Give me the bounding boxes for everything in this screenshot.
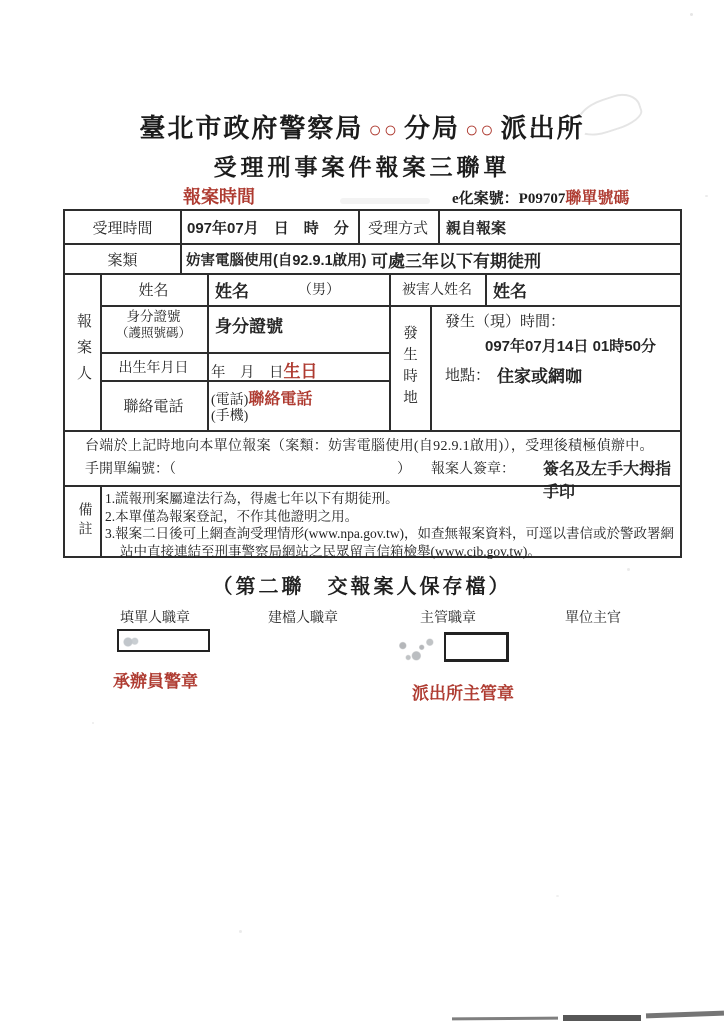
accept-method-value: 親自報案 [446,217,506,238]
ecase-label: e化案號：P09707 [452,191,565,207]
slip-number-label: 手開單編號：（ [85,458,176,478]
divider [430,305,432,430]
unit-head-label: 單位主官 [565,607,621,627]
scan-speck [556,895,559,897]
divider [65,430,680,432]
scan-smudge-artifact [340,198,430,204]
statement-line: 台端於上記時地向本單位報案（案類：妨害電腦使用(自92.9.1啟用)），受理後積… [85,435,675,455]
divider [180,211,182,273]
scan-speck [239,930,242,933]
id-number-annotation: 身分證號 [215,312,283,337]
archiver-stamp-label: 建檔人職章 [268,607,338,627]
clerk-stamp-annotation: 承辦員警章 [113,667,198,692]
filler-stamp-label: 填單人職章 [120,607,190,627]
scan-edge-streak [563,1015,641,1021]
case-type-value: 妨害電腦使用(自92.9.1啟用) [186,249,366,270]
copy-designation-title: （第二聯 交報案人保存檔） [0,570,724,599]
title-mid: 分局 [404,114,460,143]
redacted-station-circles: ○○ [465,117,496,142]
title-suffix: 派出所 [501,114,585,143]
birth-placeholders: 年 月 日 [211,365,284,381]
note-item-2: 2.本單僅為報案登記，不作其他證明之用。 [105,508,677,526]
divider [65,243,680,245]
phone-label: 聯絡電話 [100,395,207,416]
accept-time-value: 097年07月 日 時 分 [187,217,349,238]
occurrence-place-annotation: 住家或網咖 [497,362,582,387]
notes-list: 1.謊報刑案屬違法行為，得處七年以下有期徒刑。 2.本單僅為報案登記，不作其他證… [105,490,677,560]
stamp-ink-smudge [392,632,446,666]
scan-speck [92,722,94,724]
report-form-table: 受理時間 097年07月 日 時 分 受理方式 親自報案 案類 妨害電腦使用(自… [63,209,682,558]
supervisor-stamp-box [444,632,509,662]
occurrence-side-label: 發生時地 [391,305,428,430]
case-type-label: 案類 [65,249,180,270]
scan-edge-streak [646,1011,724,1019]
phone-mobile-line: (手機) [211,405,248,425]
reporter-signature-label: 報案人簽章： [431,458,515,478]
occurrence-time-value: 097年07月14日 01時50分 [485,335,656,356]
victim-name-annotation: 姓名 [493,277,527,302]
accept-time-label: 受理時間 [65,217,180,238]
id-number-label: 身分證號 （護照號碼） [100,309,207,341]
form-subtitle: 受理刑事案件報案三聯單 [0,149,724,182]
birth-annotation: 生日 [284,362,318,381]
occurrence-time-label: 發生（現）時間： [445,310,565,331]
scan-edge-streak [452,1017,558,1021]
ecase-annotation: 聯單號碼 [565,190,629,207]
phone-annotation: 聯絡電話 [248,391,312,408]
reporter-side-label: 報案人 [67,273,100,430]
id-label-line1: 身分證號 [100,309,207,325]
report-time-annotation: 報案時間 [183,183,255,209]
divider [438,211,440,243]
occurrence-place-label: 地點： [445,364,490,385]
illegible-stamp-imprint [122,634,162,650]
supervisor-stamp-label: 主管職章 [420,607,476,627]
scanned-police-report-form: 臺北市政府警察局○○分局○○派出所 受理刑事案件報案三聯單 報案時間 e化案號：… [0,0,724,1024]
scan-speck [627,568,630,571]
ecase-number: e化案號：P09707聯單號碼 [452,185,629,208]
victim-name-label: 被害人姓名 [389,279,485,299]
reporter-name-annotation: 姓名 [215,277,249,302]
id-label-line2: （護照號碼） [100,325,207,341]
reporter-name-label: 姓名 [100,279,207,300]
divider [100,352,389,354]
birth-date-value: 年 月 日生日 [211,357,318,382]
divider [485,273,487,305]
note-item-1: 1.謊報刑案屬違法行為，得處七年以下有期徒刑。 [105,490,677,508]
notes-side-label: 備註 [67,485,100,556]
title-prefix: 臺北市政府警察局 [139,114,363,143]
divider [65,273,680,275]
divider [207,273,209,430]
redacted-branch-circles: ○○ [368,117,399,142]
birth-date-label: 出生年月日 [100,357,207,377]
scan-speck [705,195,708,197]
chief-stamp-annotation: 派出所主管章 [412,679,514,704]
scan-speck [690,13,693,16]
slip-number-close-paren: ） [397,458,411,478]
clerk-stamp-box [117,629,210,652]
case-penalty-annotation: 可處三年以下有期徒刑 [371,247,541,272]
accept-method-label: 受理方式 [358,217,438,238]
note-item-3: 3.報案二日後可上網查詢受理情形(www.npa.gov.tw)，如查無報案資料… [105,525,677,560]
reporter-gender: （男） [298,279,340,299]
divider [100,485,102,556]
